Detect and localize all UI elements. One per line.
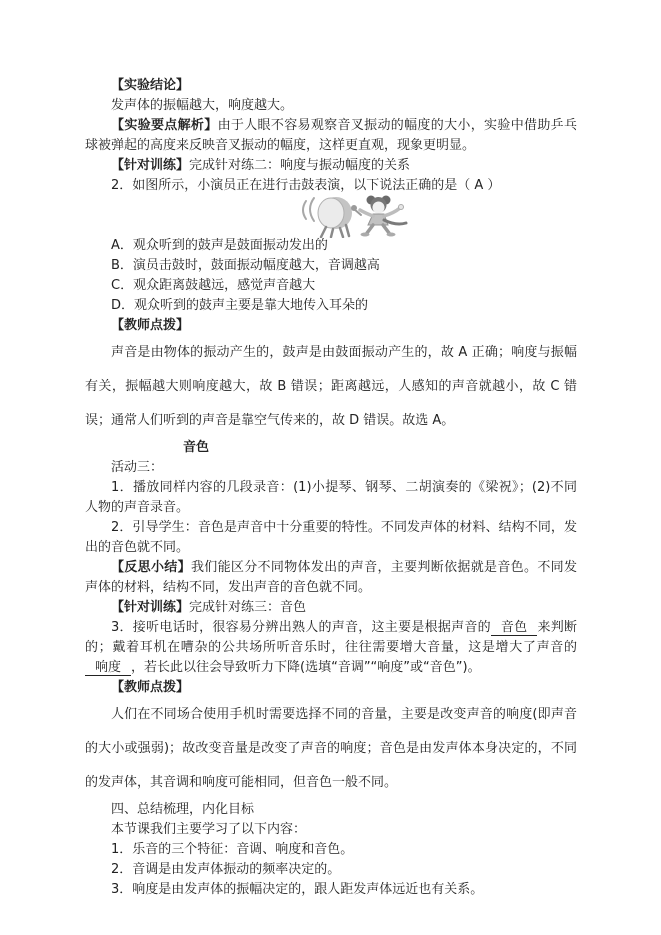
drill-three-paragraph: 【针对训练】完成针对练三：音色 [85,598,577,618]
experiment-points-paragraph: 【实验要点解析】由于人眼不容易观察音叉振动的幅度的大小，实验中借助乒乓球被弹起的… [85,116,577,156]
activity-item-1: 1．播放同样内容的几段录音：(1)小提琴、钢琴、二胡演奏的《梁祝》；(2)不同人… [85,478,577,518]
teacher-tip-two-text: 人们在不同场合使用手机时需要选择不同的音量，主要是改变声音的响度(即声音的大小或… [85,698,577,800]
lesson-plan-document: 【实验结论】 发声体的振幅越大，响度越大。 【实验要点解析】由于人眼不容易观察音… [0,0,661,935]
summary-intro: 本节课我们主要学习了以下内容： [85,820,577,840]
question-two-option-d: D．观众听到的鼓声主要是靠大地传入耳朵的 [85,296,577,316]
drill-two-text: 完成针对练二：响度与振动幅度的关系 [189,158,410,173]
question-two-option-a: A．观众听到的鼓声是鼓面振动发出的 [85,236,577,256]
question-three: 3．接听电话时，很容易分辨出熟人的声音，这主要是根据声音的音色来判断的；戴着耳机… [85,618,577,678]
question-three-blank-loudness: 响度 [85,660,131,676]
question-three-part1: 3．接听电话时，很容易分辨出熟人的声音，这主要是根据声音的 [111,620,491,635]
drill-two-label: 【针对训练】 [111,158,189,173]
reflection-paragraph: 【反思小结】我们能区分不同物体发出的声音，主要判断依据就是音色。不同发声体的材料… [85,558,577,598]
summary-item-2: 2．音调是由发声体振动的频率决定的。 [85,860,577,880]
drill-three-text: 完成针对练三：音色 [189,600,306,615]
question-three-part3: ，若长此以往会导致听力下降(选填“音调”“响度”或“音色”)。 [131,660,481,675]
drill-three-label: 【针对训练】 [111,600,189,615]
experiment-conclusion-heading: 【实验结论】 [85,76,577,96]
teacher-tip-one-heading: 【教师点拨】 [85,316,577,336]
drill-two-paragraph: 【针对训练】完成针对练二：响度与振动幅度的关系 [85,156,577,176]
experiment-conclusion-text: 发声体的振幅越大，响度越大。 [85,96,577,116]
summary-item-3: 3．响度是由发声体的振幅决定的，跟人距发声体远近也有关系。 [85,880,577,900]
question-two-stem: 2．如图所示，小演员正在进行击鼓表演，以下说法正确的是（ A ） [85,176,577,196]
summary-heading: 四、总结梳理，内化目标 [85,800,577,820]
question-two-option-b: B．演员击鼓时，鼓面振动幅度越大，音调越高 [85,256,577,276]
teacher-tip-one-text: 声音是由物体的振动产生的，鼓声是由鼓面振动产生的，故 A 正确；响度与振幅有关，… [85,336,577,438]
activity-item-2: 2．引导学生：音色是声音中十分重要的特性。不同发声体的材料、结构不同，发出的音色… [85,518,577,558]
teacher-tip-two-label: 【教师点拨】 [111,680,189,695]
drum-girl-illustration [296,194,424,238]
summary-item-1: 1．乐音的三个特征：音调、响度和音色。 [85,840,577,860]
reflection-label: 【反思小结】 [111,560,191,575]
question-three-blank-timbre: 音色 [491,620,538,636]
teacher-tip-two-heading: 【教师点拨】 [85,678,577,698]
experiment-points-label: 【实验要点解析】 [111,118,218,133]
drum-performance-figure [296,194,577,234]
activity-three-heading: 活动三： [85,458,577,478]
timbre-section-heading: 音色 [85,438,577,458]
teacher-tip-one-label: 【教师点拨】 [111,318,189,333]
question-two-option-c: C．观众距离鼓越远，感觉声音越大 [85,276,577,296]
experiment-conclusion-label: 【实验结论】 [111,78,189,93]
